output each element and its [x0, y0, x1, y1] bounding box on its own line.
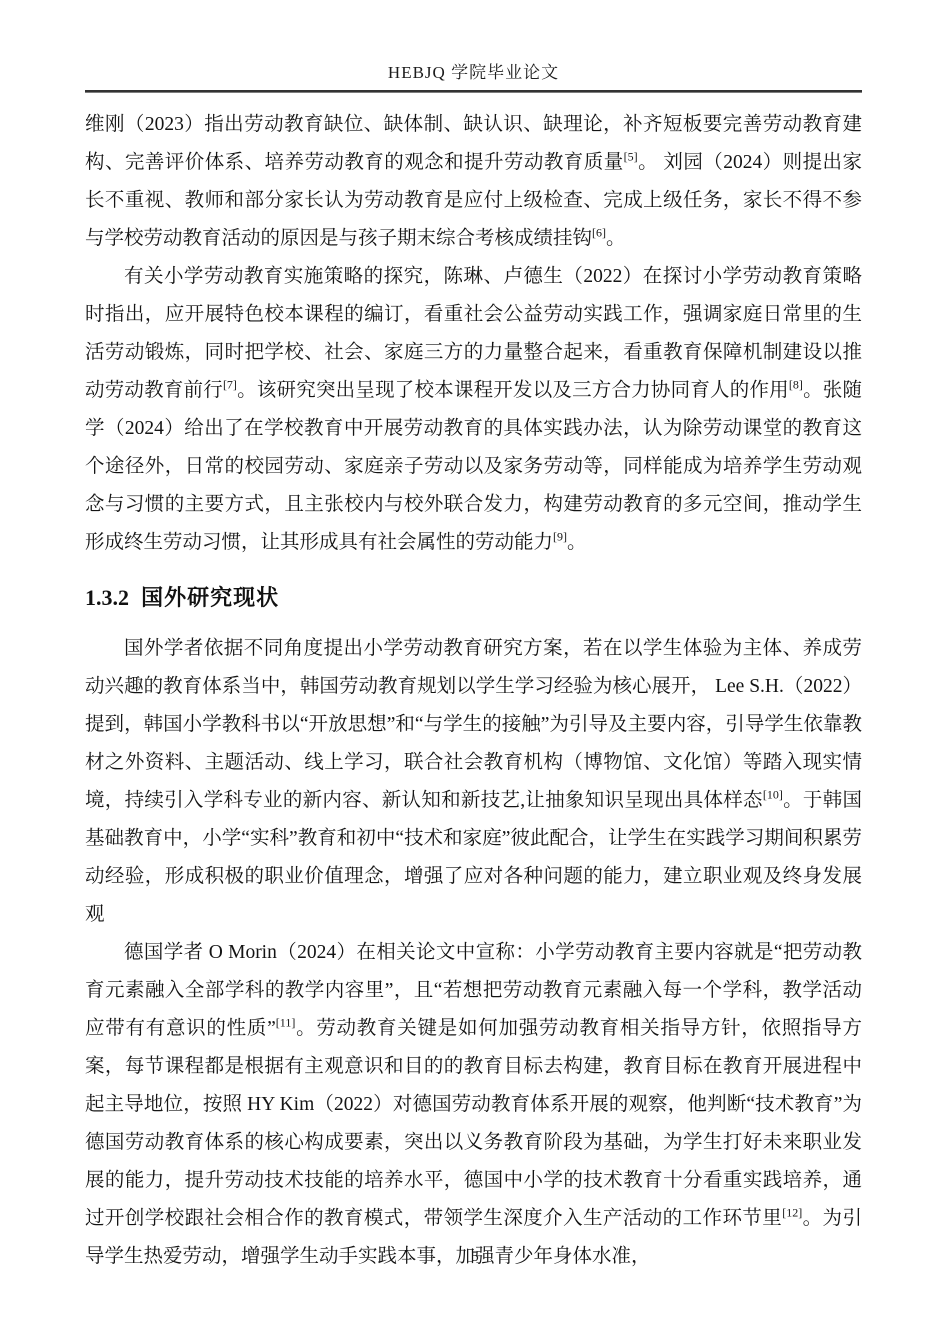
section-heading-number: 1.3.2 — [85, 585, 129, 610]
citation-marker: [11] — [276, 1016, 296, 1030]
citation-marker: [10] — [763, 788, 783, 802]
citation-marker: [7] — [223, 378, 237, 392]
citation-marker: [9] — [553, 530, 567, 544]
citation-marker: [12] — [782, 1206, 802, 1220]
body-paragraph: 德国学者 O Morin（2024）在相关论文中宣称：小学劳动教育主要内容就是“… — [85, 934, 862, 1276]
document-page: HEBJQ 学院毕业论文 维刚（2023）指出劳动教育缺位、缺体制、缺认识、缺理… — [0, 0, 950, 1344]
body-paragraph: 国外学者依据不同角度提出小学劳动教育研究方案，若在以学生体验为主体、养成劳动兴趣… — [85, 630, 862, 934]
header-title: HEBJQ 学院毕业论文 — [388, 58, 559, 90]
citation-marker: [8] — [789, 378, 803, 392]
page-number: 5 — [471, 1249, 479, 1265]
body-paragraph: 有关小学劳动教育实施策略的探究，陈琳、卢德生（2022）在探讨小学劳动教育策略时… — [85, 258, 862, 562]
document-body: 维刚（2023）指出劳动教育缺位、缺体制、缺认识、缺理论，补齐短板要完善劳动教育… — [85, 106, 862, 1276]
section-heading-text: 国外研究现状 — [141, 585, 279, 610]
citation-marker: [5] — [624, 150, 638, 164]
page-footer: 5 — [0, 1248, 950, 1266]
citation-marker: [6] — [592, 226, 606, 240]
page-header: HEBJQ 学院毕业论文 — [85, 58, 862, 93]
section-heading: 1.3.2国外研究现状 — [85, 583, 862, 613]
body-paragraph: 维刚（2023）指出劳动教育缺位、缺体制、缺认识、缺理论，补齐短板要完善劳动教育… — [85, 106, 862, 258]
header-rule — [85, 90, 862, 93]
